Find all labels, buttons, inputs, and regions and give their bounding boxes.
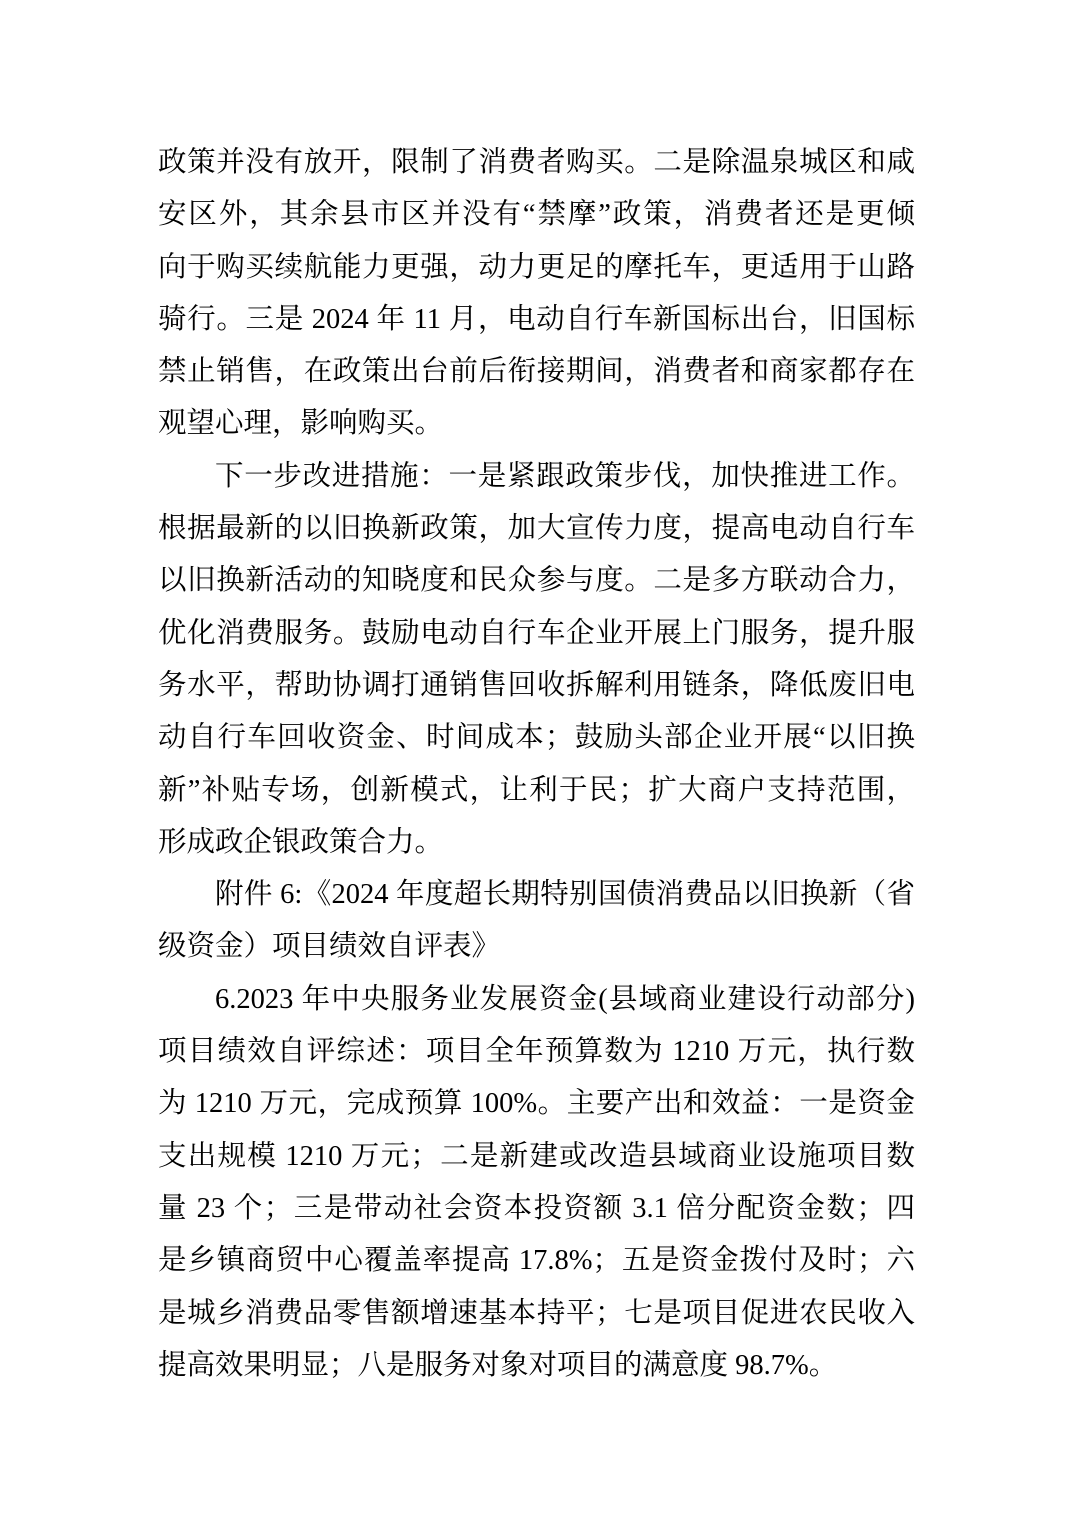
text-line: 是城乡消费品零售额增速基本持平；七是项目促进农民收入: [158, 1288, 915, 1340]
text-line: 以旧换新活动的知晓度和民众参与度。二是多方联动合力，: [158, 555, 915, 607]
document-body: 政策并没有放开，限制了消费者购买。二是除温泉城区和咸安区外，其余县市区并没有“禁…: [158, 137, 915, 1392]
text-line: 政策并没有放开，限制了消费者购买。二是除温泉城区和咸: [158, 137, 915, 189]
text-line: 支出规模 1210 万元；二是新建或改造县域商业设施项目数: [158, 1131, 915, 1183]
text-line: 安区外，其余县市区并没有“禁摩”政策，消费者还是更倾: [158, 189, 915, 241]
text-line: 为 1210 万元，完成预算 100%。主要产出和效益：一是资金: [158, 1078, 915, 1130]
text-line: 优化消费服务。鼓励电动自行车企业开展上门服务，提升服: [158, 608, 915, 660]
text-line: 量 23 个；三是带动社会资本投资额 3.1 倍分配资金数；四: [158, 1183, 915, 1235]
text-line: 新”补贴专场，创新模式，让利于民；扩大商户支持范围，: [158, 765, 915, 817]
text-line: 提高效果明显；八是服务对象对项目的满意度 98.7%。: [158, 1340, 915, 1392]
text-line: 根据最新的以旧换新政策，加大宣传力度，提高电动自行车: [158, 503, 915, 555]
text-line: 6.2023 年中央服务业发展资金(县域商业建设行动部分): [158, 974, 915, 1026]
text-line: 动自行车回收资金、时间成本；鼓励头部企业开展“以旧换: [158, 712, 915, 764]
text-line: 禁止销售，在政策出台前后衔接期间，消费者和商家都存在: [158, 346, 915, 398]
text-line: 务水平，帮助协调打通销售回收拆解利用链条，降低废旧电: [158, 660, 915, 712]
text-line: 形成政企银政策合力。: [158, 817, 915, 869]
text-line: 向于购买续航能力更强，动力更足的摩托车，更适用于山路: [158, 242, 915, 294]
text-line: 项目绩效自评综述：项目全年预算数为 1210 万元，执行数: [158, 1026, 915, 1078]
text-line: 下一步改进措施：一是紧跟政策步伐，加快推进工作。: [158, 451, 915, 503]
document-page: 政策并没有放开，限制了消费者购买。二是除温泉城区和咸安区外，其余县市区并没有“禁…: [0, 0, 1074, 1520]
text-line: 观望心理，影响购买。: [158, 398, 915, 450]
text-line: 是乡镇商贸中心覆盖率提高 17.8%；五是资金拨付及时；六: [158, 1235, 915, 1287]
text-line: 附件 6:《2024 年度超长期特别国债消费品以旧换新（省: [158, 869, 915, 921]
text-line: 骑行。三是 2024 年 11 月，电动自行车新国标出台，旧国标: [158, 294, 915, 346]
text-line: 级资金）项目绩效自评表》: [158, 921, 915, 973]
